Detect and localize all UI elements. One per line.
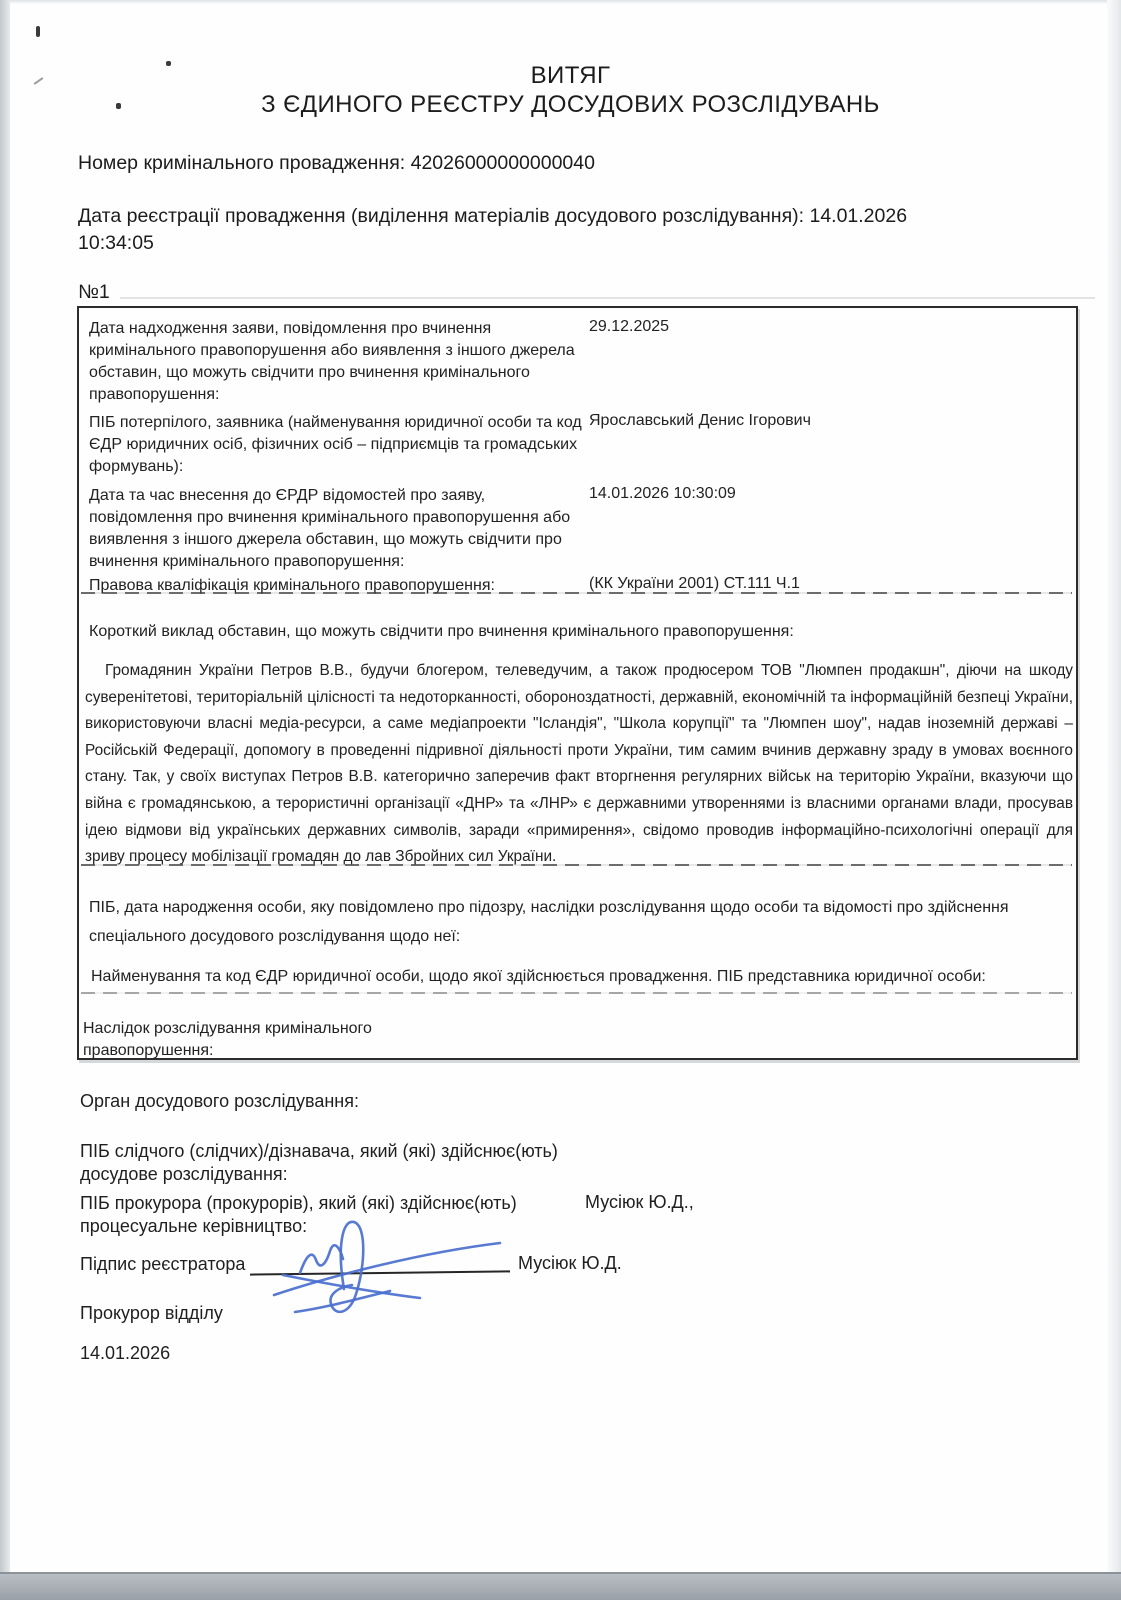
investigation-body-label: Орган досудового розслідування: (80, 1090, 359, 1113)
record-number: №1 (78, 281, 110, 304)
suspect-heading: ПІБ, дата народження особи, яку повідомл… (89, 893, 1049, 951)
scanned-document-page: ВИТЯГ З ЄДИНОГО РЕЄСТРУ ДОСУДОВИХ РОЗСЛІ… (0, 0, 1121, 1600)
scan-edge-right (1107, 0, 1121, 1600)
document-title-line1: ВИТЯГ (30, 62, 1111, 90)
row-label-victim-name: ПІБ потерпілого, заявника (найменування … (89, 412, 584, 478)
row-value-erdr-entry-datetime: 14.01.2026 10:30:09 (589, 485, 736, 503)
row-value-legal-qualification: (КК України 2001) СТ.111 Ч.1 (589, 575, 800, 593)
summary-text: Громадянин України Петров В.В., будучи б… (85, 658, 1073, 871)
registrar-name-value: Мусіюк Ю.Д. (518, 1253, 622, 1274)
prosecutor-name-value: Мусіюк Ю.Д., (585, 1192, 694, 1213)
document-date: 14.01.2026 (80, 1342, 170, 1365)
row-separator (81, 992, 1072, 994)
position-label: Прокурор відділу (80, 1302, 223, 1325)
scan-speck (36, 26, 40, 37)
scan-edge-bottom (0, 1572, 1121, 1600)
investigator-label: ПІБ слідчого (слідчих)/дізнавача, який (… (80, 1140, 625, 1186)
row-label-erdr-entry-datetime: Дата та час внесення до ЄРДР відомостей … (89, 485, 584, 573)
registrar-signature-graphic (258, 1193, 522, 1327)
row-value-statement-date: 29.12.2025 (589, 318, 669, 336)
registration-date-line: Дата реєстрації провадження (виділення м… (78, 203, 988, 257)
row-separator (81, 864, 1072, 866)
case-number-line: Номер кримінального провадження: 4202600… (78, 150, 1038, 177)
scan-shadow-line (120, 297, 1095, 299)
scan-edge-top (0, 0, 1121, 4)
summary-heading: Короткий виклад обставин, що можуть свід… (89, 623, 1069, 641)
registrar-signature-label: Підпис реєстратора (80, 1253, 245, 1276)
scan-edge-left (0, 0, 10, 1600)
document-title-line2: З ЄДИНОГО РЕЄСТРУ ДОСУДОВИХ РОЗСЛІДУВАНЬ (30, 91, 1111, 119)
record-table: Дата надходження заяви, повідомлення про… (77, 306, 1078, 1060)
outcome-label: Наслідок розслідування кримінального пра… (83, 1018, 428, 1062)
legal-entity-heading: Найменування та код ЄДР юридичної особи,… (91, 968, 1071, 986)
row-separator (81, 592, 1072, 594)
row-value-victim-name: Ярославський Денис Ігорович (589, 412, 811, 430)
row-label-statement-date: Дата надходження заяви, повідомлення про… (89, 318, 584, 406)
